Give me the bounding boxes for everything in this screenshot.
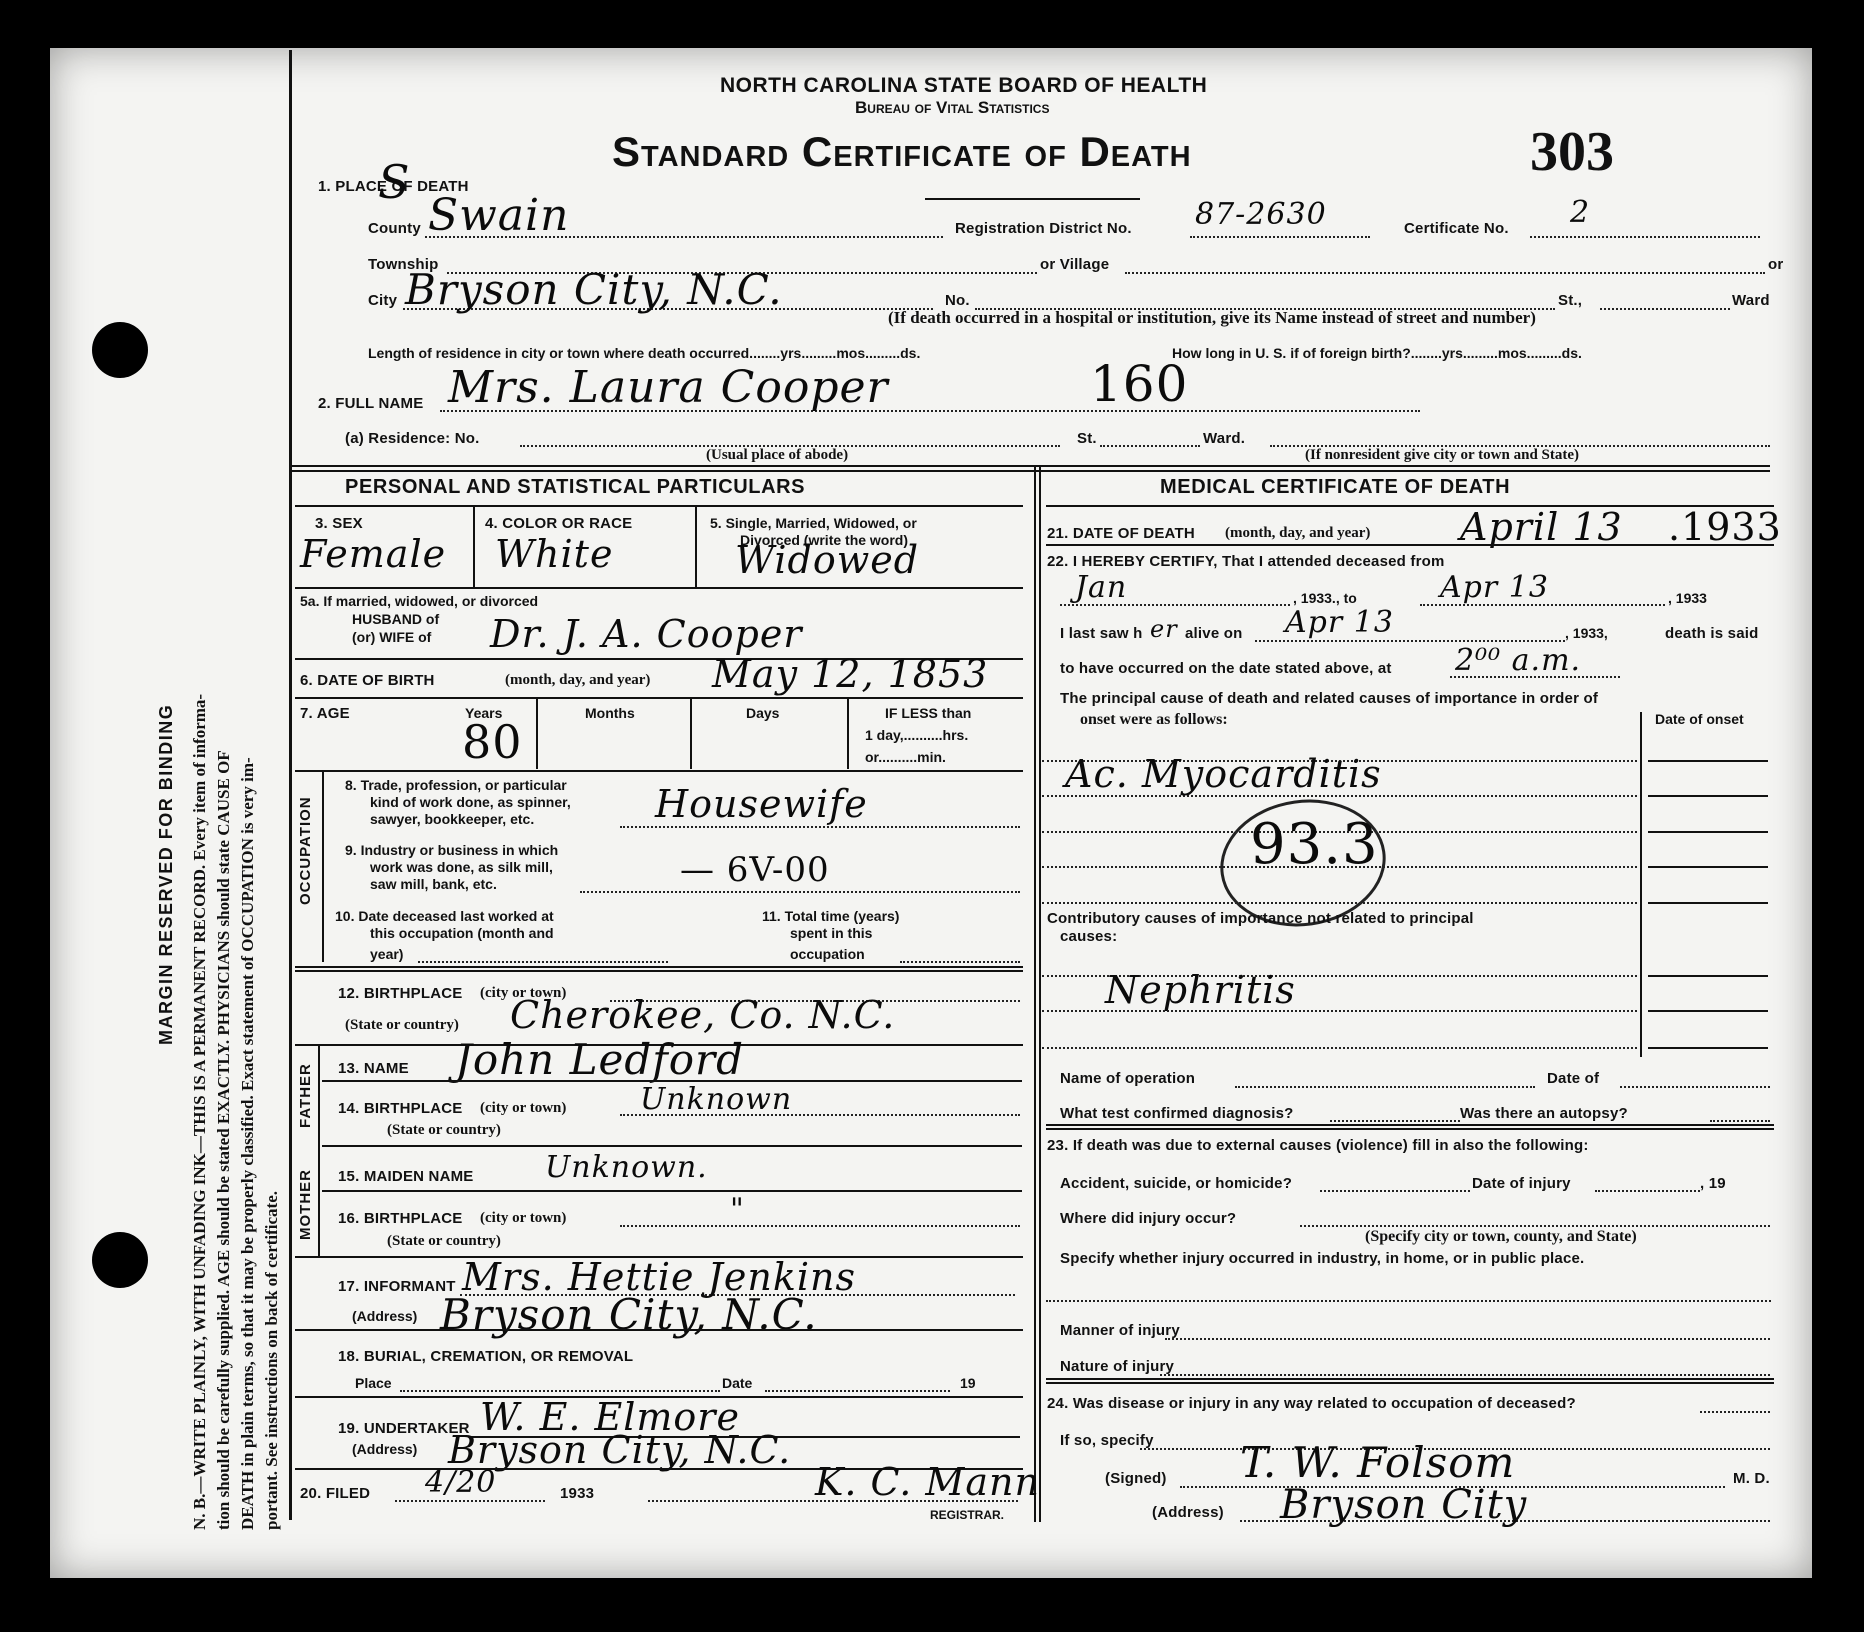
dod-hint: (month, day, and year) [1225,525,1370,542]
place-initial-mark: S [378,155,411,209]
dob-value: May 12, 1853 [712,652,988,696]
operation-rule [1046,1124,1774,1126]
burial-year-prefix: 19 [960,1375,976,1391]
trade-label-2: kind of work done, as spinner, [370,794,571,810]
row-rule-1 [295,587,1023,589]
or-label: or [1768,256,1783,273]
attended-from-value: Jan [1075,570,1127,605]
column-divider-2 [1039,467,1041,1522]
trade-value: Housewife [655,782,868,826]
age-label: 7. AGE [300,705,350,722]
sex-label: 3. SEX [315,515,363,532]
burial-place-label: Place [355,1375,392,1391]
contributory-line-2 [1042,1010,1637,1012]
registration-district-value: 87-2630 [1195,197,1327,232]
accident-label: Accident, suicide, or homicide? [1060,1175,1292,1192]
sex-value: Female [300,532,446,576]
informant-address-value: Bryson City, N.C. [440,1290,818,1339]
certificate-number: 303 [1530,120,1614,184]
punch-hole-top [92,322,148,378]
trade-underline [620,826,1020,828]
registration-district-label: Registration District No. [955,220,1132,237]
last-saw-date: Apr 13 [1285,605,1394,640]
attended-from-year: , 1933., to [1293,590,1357,606]
nature-rule-2 [1046,1382,1774,1384]
onset-line-6 [1648,975,1768,977]
total-time-label-3: occupation [790,946,865,962]
contributory-value: Nephritis [1105,968,1296,1012]
full-name-annotation: 160 [1090,355,1188,413]
marital-label-1: 5. Single, Married, Widowed, or [710,515,917,531]
time-value: 2⁰⁰ a.m. [1455,643,1581,678]
mother-maiden-label: 15. MAIDEN NAME [338,1168,474,1185]
last-saw-pronoun: er [1150,615,1178,643]
filed-date-value: 4/20 [425,1465,496,1500]
injury-date-underline [1595,1190,1700,1192]
contributory-label-1: Contributory causes of importance not re… [1047,910,1474,927]
physician-address-value: Bryson City [1280,1482,1527,1528]
contributory-line-3 [1042,1047,1637,1049]
village-underline [1125,272,1765,274]
death-said-label: death is said [1665,625,1758,642]
margin-note-line-3: DEATH in plain terms, so that it may be … [236,757,260,1530]
city-value: Bryson City, N.C. [405,265,783,314]
father-birthplace-value: Unknown [640,1082,792,1117]
last-worked-underline [418,961,668,963]
less-label-1: IF LESS than [885,705,971,721]
burial-date-underline [765,1390,950,1392]
industry-label-3: saw mill, bank, etc. [370,876,497,892]
filed-label: 20. FILED [300,1485,370,1502]
physician-address-label: (Address) [1152,1504,1224,1521]
age-years-value: 80 [462,715,523,769]
nonresident-note: (If nonresident give city or town and St… [1305,447,1579,464]
margin-reserved-label: MARGIN RESERVED FOR BINDING [156,704,177,1045]
test-underline [1330,1120,1460,1122]
birthplace-value: Cherokee, Co. N.C. [510,993,895,1037]
total-time-underline [900,961,1020,963]
personal-header-rule [295,505,1023,507]
onset-line-5 [1648,902,1768,904]
age-divider-1 [536,699,538,769]
full-name-label: 2. FULL NAME [318,395,423,412]
residence-length-label: Length of residence in city or town wher… [368,345,920,361]
or-village-label: or Village [1040,256,1109,273]
certificate-no-label: Certificate No. [1404,220,1509,237]
spouse-label-1: 5a. If married, widowed, or divorced [300,593,538,609]
trade-label-3: sawyer, bookkeeper, etc. [370,811,534,827]
mother-maiden-value: Unknown. [545,1150,708,1185]
certify-label: 22. I HEREBY CERTIFY, That I attended de… [1047,553,1445,570]
occupation-side-divider [322,772,324,962]
operation-date-underline [1620,1086,1770,1088]
dob-label: 6. DATE OF BIRTH [300,672,435,689]
test-label: What test confirmed diagnosis? [1060,1105,1294,1122]
bureau-title: Bureau of Vital Statistics [855,98,1049,118]
industry-value: — 6V-00 [680,850,830,890]
filed-date-underline [395,1500,545,1502]
birthplace-state-hint: (State or country) [345,1017,459,1034]
mother-state-hint: (State or country) [387,1233,501,1250]
age-divider-2 [690,699,692,769]
margin-note-line-2: tion should be carefully supplied. AGE s… [212,750,236,1530]
margin-note-line-4: portant. See instructions on back of cer… [260,1191,284,1530]
ward-label: Ward [1732,292,1770,309]
accident-underline [1320,1190,1470,1192]
abode-note: (Usual place of abode) [706,447,848,464]
mother-birthplace-value: " [730,1192,745,1227]
nature-underline [1160,1374,1770,1376]
undertaker-address-label: (Address) [352,1441,417,1457]
city-label: City [368,292,397,309]
row-rule-8 [295,1329,1023,1331]
occurred-label: to have occurred on the date stated abov… [1060,660,1392,677]
md-label: M. D. [1733,1470,1770,1487]
section-rule-top [290,465,1770,467]
burial-label: 18. BURIAL, CREMATION, OR REMOVAL [338,1348,633,1365]
race-value: White [495,532,613,576]
autopsy-label: Was there an autopsy? [1460,1105,1628,1122]
residence-st-label: St. [1077,430,1097,447]
last-worked-label-3: year) [370,946,403,962]
burial-place-underline [400,1390,720,1392]
father-city-hint: (city or town) [480,1100,566,1117]
mother-side-label: MOTHER [297,1169,314,1240]
operation-date-label: Date of [1547,1070,1599,1087]
agency-title: NORTH CAROLINA STATE BOARD OF HEALTH [720,74,1207,98]
father-side-label: FATHER [297,1063,314,1128]
occupation-side-label: OCCUPATION [297,796,314,905]
occupation-related-label: 24. Was disease or injury in any way rel… [1047,1395,1576,1412]
dod-rule [1046,544,1774,546]
alive-on-label: alive on [1185,625,1242,642]
operation-rule-2 [1046,1128,1774,1130]
onset-label: Date of onset [1655,711,1744,727]
spouse-label-3: (or) WIFE of [352,629,431,645]
county-label: County [368,220,421,237]
specify-underline [1046,1300,1771,1302]
undertaker-address-value: Bryson City, N.C. [448,1428,791,1472]
operation-underline [1235,1086,1535,1088]
dod-value: April 13 [1460,505,1623,549]
onset-line-8 [1648,1047,1768,1049]
informant-label: 17. INFORMANT [338,1278,456,1295]
page-title: Standard Certificate of Death [612,128,1192,176]
burial-date-label: Date [722,1375,752,1391]
attended-to-value: Apr 13 [1440,570,1549,605]
district-underline [1190,236,1370,238]
total-time-label-2: spent in this [790,925,872,941]
where-underline [1300,1225,1770,1227]
injury-date-label: Date of injury [1472,1175,1571,1192]
informant-address-label: (Address) [352,1308,417,1324]
last-saw-underline [1255,640,1565,642]
full-name-value: Mrs. Laura Cooper [448,362,889,413]
medical-header-rule [1046,505,1774,507]
father-state-hint: (State or country) [387,1122,501,1139]
physician-signature: T. W. Folsom [1240,1438,1515,1487]
manner-label: Manner of injury [1060,1322,1180,1339]
sex-divider [473,507,475,587]
race-label: 4. COLOR OR RACE [485,515,632,532]
total-time-label-1: 11. Total time (years) [762,908,899,924]
last-worked-label-1: 10. Date deceased last worked at [335,908,554,924]
trade-label-1: 8. Trade, profession, or particular [345,777,567,793]
dob-hint: (month, day, and year) [505,672,650,689]
title-rule [925,198,1140,200]
mother-city-hint: (city or town) [480,1210,566,1227]
spouse-label-2: HUSBAND of [352,611,439,627]
marital-value: Widowed [735,538,919,582]
parents-side-divider [318,1046,320,1256]
external-label: 23. If death was due to external causes … [1047,1137,1589,1154]
residence-label: (a) Residence: No. [345,430,479,447]
personal-section-title: PERSONAL AND STATISTICAL PARTICULARS [345,476,805,499]
margin-note-line-1: N. B.—WRITE PLAINLY, WITH UNFADING INK—T… [188,694,212,1530]
mother-name-rule [322,1190,1022,1192]
birthplace-label: 12. BIRTHPLACE [338,985,463,1002]
operation-label: Name of operation [1060,1070,1195,1087]
onset-line-3 [1648,831,1768,833]
less-label-2: 1 day,..........hrs. [865,727,968,743]
onset-line-2 [1648,795,1768,797]
spouse-value: Dr. J. A. Cooper [490,612,802,656]
age-days-label: Days [746,705,779,721]
row-rule-5 [295,966,1023,968]
onset-line-4 [1648,866,1768,868]
industry-label-2: work was done, as silk mill, [370,859,553,875]
cause-label-1: The principal cause of death and related… [1060,690,1598,707]
cause-label-2: onset were as follows: [1080,711,1228,729]
specify-label: Specify whether injury occurred in indus… [1060,1250,1584,1267]
signed-label: (Signed) [1105,1470,1167,1487]
registrar-signature: K. C. Mann [815,1460,1040,1504]
street-no-label: No. [945,292,970,309]
manner-underline [1165,1338,1770,1340]
foreign-birth-label: How long in U. S. if of foreign birth?..… [1172,345,1582,361]
contributory-label-2: causes: [1060,928,1117,945]
certificate-paper [50,48,1812,1578]
mother-birthplace-underline [620,1225,1020,1227]
certificate-no-value: 2 [1570,195,1590,230]
where-hint: (Specify city or town, county, and State… [1365,1228,1637,1246]
attended-to-year: , 1933 [1668,590,1707,606]
principal-cause-value: Ac. Myocarditis [1065,752,1382,796]
industry-label-1: 9. Industry or business in which [345,842,558,858]
residence-st-underline [1100,445,1200,447]
if-so-label: If so, specify [1060,1432,1154,1449]
father-name-label: 13. NAME [338,1060,409,1077]
punch-hole-bottom [92,1232,148,1288]
residence-ward-label: Ward. [1203,430,1245,447]
injury-year-prefix: , 19 [1700,1175,1726,1192]
registrar-label: REGISTRAR. [930,1508,1004,1522]
medical-section-title: MEDICAL CERTIFICATE OF DEATH [1160,476,1510,499]
dod-label: 21. DATE OF DEATH [1047,525,1195,542]
last-worked-label-2: this occupation (month and [370,925,554,941]
onset-line-1 [1648,760,1768,762]
ward-underline [1600,308,1730,310]
occupation-related-underline [1700,1411,1770,1413]
age-months-label: Months [585,705,635,721]
father-rule [322,1145,1022,1147]
father-name-value: John Ledford [455,1035,744,1084]
mother-birthplace-label: 16. BIRTHPLACE [338,1210,463,1227]
section-rule-top-2 [290,470,1770,472]
dod-year: .1933 [1668,505,1782,549]
last-saw-label: I last saw h [1060,625,1142,642]
filed-year-value: 1933 [560,1485,594,1502]
row-rule-4 [295,770,1023,772]
row-rule-3 [295,697,1023,699]
less-label-3: or..........min. [865,749,946,765]
where-label: Where did injury occur? [1060,1210,1236,1227]
onset-column-divider [1640,712,1642,1057]
margin-divider [289,50,292,1520]
cause-code-value: 93.3 [1250,812,1379,877]
father-birthplace-label: 14. BIRTHPLACE [338,1100,463,1117]
race-divider [695,507,697,587]
county-value: Swain [428,190,569,241]
st-label: St., [1558,292,1582,309]
nature-label: Nature of injury [1060,1358,1174,1375]
hospital-note: (If death occurred in a hospital or inst… [888,308,1536,328]
nature-rule [1046,1378,1774,1380]
industry-underline [580,891,1020,893]
row-rule-5b [295,970,1023,972]
onset-line-7 [1648,1010,1768,1012]
age-divider-3 [847,699,849,769]
last-saw-year: , 1933, [1565,625,1608,641]
column-divider [1034,467,1036,1522]
autopsy-underline [1710,1120,1770,1122]
certificate-underline [1530,236,1760,238]
